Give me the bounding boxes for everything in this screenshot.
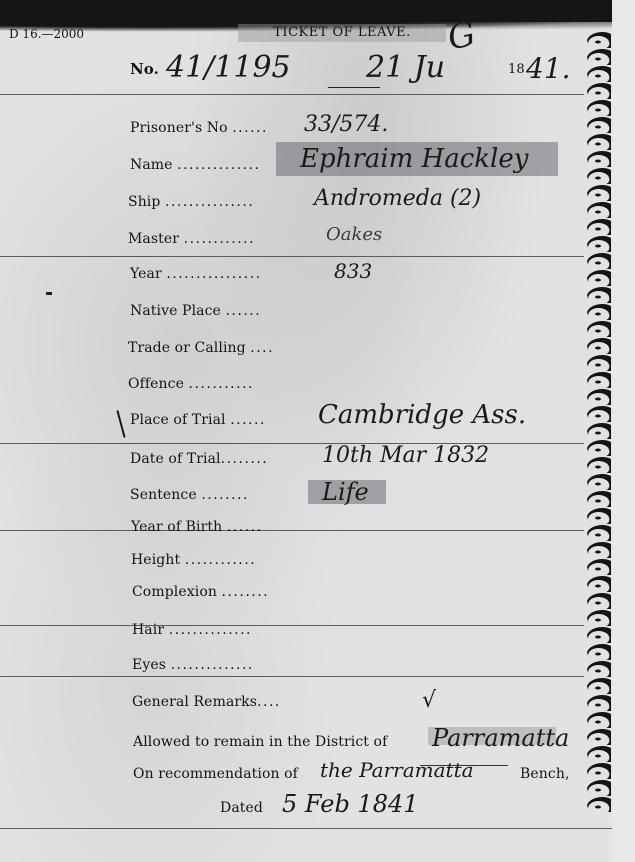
- field-label-place-of-trial: Place of Trial ......: [130, 412, 266, 428]
- field-value-prisoners-no: 33/574.: [304, 112, 388, 137]
- form-code: D 16.—2000: [9, 27, 84, 41]
- rule-line: [0, 443, 584, 444]
- field-label-complexion: Complexion ........: [132, 584, 269, 600]
- field-value-date-of-trial: 10th Mar 1832: [322, 443, 489, 468]
- recommendation-value: the Parramatta: [320, 758, 474, 782]
- ticket-number-label: No.: [130, 60, 159, 78]
- recommendation-suffix: Bench,: [520, 766, 570, 782]
- field-label-year: Year ................: [130, 266, 262, 282]
- field-label-master: Master ............: [128, 231, 255, 247]
- field-value-place-of-trial: Cambridge Ass.: [318, 400, 526, 430]
- issue-date: 21 Ju: [366, 50, 445, 85]
- field-value-ship: Andromeda (2): [314, 186, 481, 211]
- rule-line: [0, 530, 584, 531]
- field-label-hair: Hair ..............: [132, 622, 252, 638]
- ornamental-border: [584, 32, 612, 812]
- header-underline-short: [328, 87, 380, 88]
- rule-line: [0, 256, 584, 257]
- margin-tick: [46, 292, 52, 295]
- rule-line: [0, 676, 584, 677]
- ticket-number: 41/1195: [166, 50, 291, 85]
- district-label: Allowed to remain in the District of: [133, 734, 387, 750]
- field-value-name: Ephraim Hackley: [300, 144, 528, 174]
- field-label-ship: Ship ...............: [128, 194, 254, 210]
- scan-dark-edge: [0, 0, 612, 22]
- field-label-sentence: Sentence ........: [130, 487, 249, 503]
- issue-year-prefix: 18: [508, 62, 525, 77]
- district-value: Parramatta: [432, 724, 569, 752]
- field-label-year-of-birth: Year of Birth ......: [131, 519, 263, 535]
- rule-line: [0, 94, 584, 95]
- field-label-trade: Trade or Calling ....: [128, 340, 274, 356]
- field-value-master: Oakes: [326, 224, 382, 245]
- field-label-eyes: Eyes ..............: [132, 657, 254, 673]
- document-title: TICKET OF LEAVE.: [238, 24, 446, 42]
- field-label-prisoners-no: Prisoner's No ......: [130, 120, 268, 136]
- field-value-sentence: Life: [322, 478, 369, 506]
- rule-line: [0, 625, 584, 626]
- issue-year-suffix: 41.: [526, 52, 571, 85]
- field-label-offence: Offence ...........: [128, 376, 254, 392]
- field-label-date-of-trial: Date of Trial........: [130, 451, 268, 467]
- recommendation-flourish: [420, 765, 508, 766]
- scan-margin: [612, 0, 635, 862]
- field-value-general-remarks: √: [422, 688, 436, 713]
- rule-line: [0, 828, 612, 829]
- field-label-height: Height ............: [131, 552, 256, 568]
- dated-label: Dated: [220, 800, 263, 816]
- field-value-year: 833: [334, 259, 372, 283]
- field-label-native-place: Native Place ......: [130, 303, 261, 319]
- field-label-name: Name ..............: [130, 157, 260, 173]
- recommendation-label: On recommendation of: [133, 766, 298, 782]
- dated-value: 5 Feb 1841: [282, 790, 419, 818]
- field-label-general-remarks: General Remarks....: [132, 694, 281, 710]
